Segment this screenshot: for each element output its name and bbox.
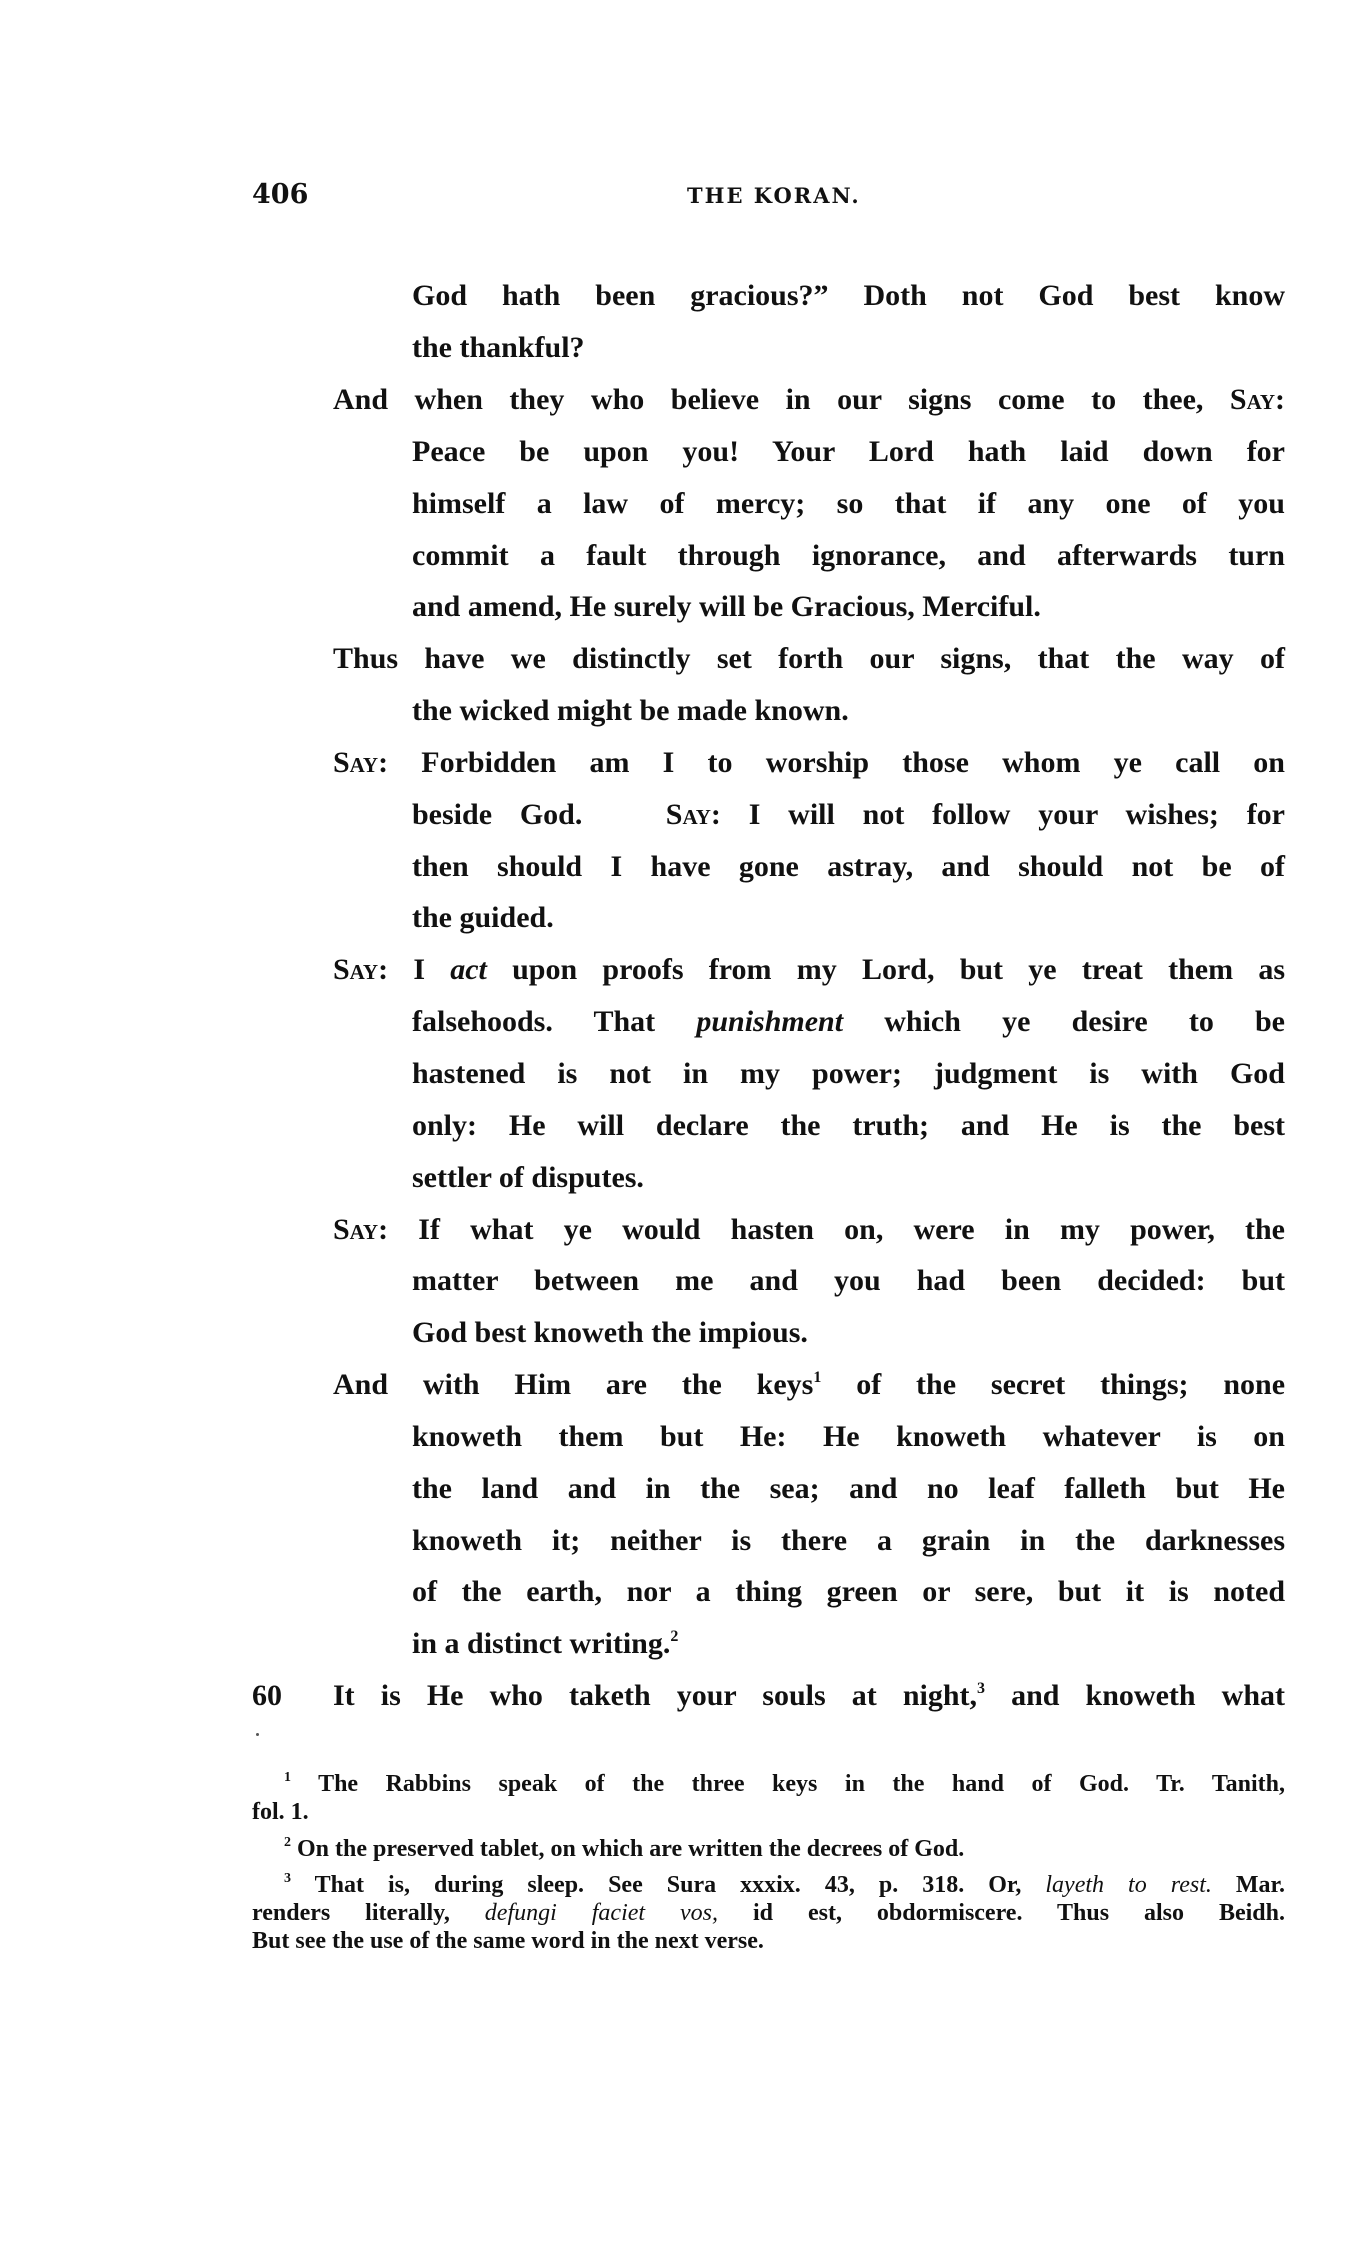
- text-span: of the secret things; none: [856, 1368, 1285, 1401]
- say-label: Say: [333, 746, 378, 779]
- footnote-1: 1 The Rabbins speak of the three keys in…: [284, 1770, 1285, 1798]
- footnote-italic: layeth to rest.: [1045, 1872, 1211, 1898]
- footnote-3: 3 That is, during sleep. See Sura xxxix.…: [284, 1871, 1285, 1899]
- text-span: the land and in the sea; and no leaf fal…: [412, 1472, 1285, 1505]
- footnote-3-cont: renders literally, defungi faciet vos, i…: [252, 1899, 1285, 1927]
- text-span: only: He will declare the truth; and He …: [412, 1109, 1285, 1142]
- footnote-marker: 1: [284, 1770, 291, 1785]
- text-line: matter between me and you had been decid…: [412, 1261, 1285, 1301]
- text-span: of the earth, nor a thing green or sere,…: [412, 1575, 1285, 1608]
- footnote-1-cont: fol. 1.: [252, 1798, 1285, 1826]
- footnote-ref[interactable]: 1: [813, 1369, 821, 1386]
- running-title: THE KORAN.: [687, 183, 861, 209]
- say-label: Say: [333, 953, 378, 986]
- text-span: God hath been gracious?” Doth not God be…: [412, 279, 1285, 312]
- text-span: in a distinct writing.: [412, 1627, 670, 1660]
- footnote-text: id est, obdormiscere. Thus also Beidh.: [753, 1900, 1285, 1926]
- text-line: and amend, He surely will be Gracious, M…: [412, 587, 1285, 627]
- text-span: If what ye would hasten on, were in my p…: [418, 1213, 1285, 1246]
- footnote-text: The Rabbins speak of the three keys in t…: [318, 1771, 1285, 1797]
- say-label: Say: [333, 1213, 378, 1246]
- say-label: Say: [1230, 383, 1275, 416]
- text-span: I will not follow your wishes; for: [749, 798, 1285, 831]
- text-span: And when they who believe in our signs c…: [333, 383, 1203, 416]
- text-span: commit a fault through ignorance, and af…: [412, 539, 1285, 572]
- text-line: Thus have we distinctly set forth our si…: [333, 639, 1285, 679]
- book-page: 406 THE KORAN. God hath been gracious?” …: [0, 0, 1358, 2241]
- footnote-text: renders literally,: [252, 1900, 450, 1926]
- text-span: beside God.: [412, 798, 582, 831]
- text-line: falsehoods. That punishment which ye des…: [412, 1002, 1285, 1042]
- text-line: God hath been gracious?” Doth not God be…: [412, 276, 1285, 316]
- text-line: only: He will declare the truth; and He …: [412, 1106, 1285, 1146]
- text-line: the thankful?: [412, 328, 1285, 368]
- text-line: the land and in the sea; and no leaf fal…: [412, 1469, 1285, 1509]
- text-line: It is He who taketh your souls at night,…: [333, 1676, 1285, 1716]
- text-span: hastened is not in my power; judgment is…: [412, 1057, 1285, 1090]
- text-span: falsehoods. That: [412, 1005, 655, 1038]
- text-span: the thankful?: [412, 331, 585, 364]
- text-span: and knoweth what: [1011, 1679, 1285, 1712]
- text-line: the guided.: [412, 898, 1285, 938]
- text-span: upon proofs from my Lord, but ye treat t…: [512, 953, 1285, 986]
- text-line: God best knoweth the impious.: [412, 1313, 1285, 1353]
- footnote-marker: 3: [284, 1871, 291, 1886]
- say-colon: :: [711, 798, 749, 831]
- say-colon: :: [378, 746, 421, 779]
- text-span: himself a law of mercy; so that if any o…: [412, 487, 1285, 520]
- verse-number: 60: [252, 1676, 282, 1716]
- text-line: Peace be upon you! Your Lord hath laid d…: [412, 432, 1285, 472]
- text-line: Say: Forbidden am I to worship those who…: [333, 743, 1285, 783]
- print-speck: [256, 1733, 259, 1736]
- italic-word: act: [450, 953, 487, 986]
- footnote-text: Mar.: [1236, 1872, 1285, 1898]
- text-line: commit a fault through ignorance, and af…: [412, 536, 1285, 576]
- text-line: in a distinct writing.2: [412, 1624, 1285, 1664]
- text-span: And with Him are the keys: [333, 1368, 813, 1401]
- footnote-marker: 2: [284, 1835, 291, 1850]
- footnote-text: That is, during sleep. See Sura xxxix. 4…: [315, 1872, 1022, 1898]
- text-span: the wicked might be made known.: [412, 694, 849, 727]
- text-line: then should I have gone astray, and shou…: [412, 847, 1285, 887]
- text-span: the guided.: [412, 901, 554, 934]
- footnote-text: But see the use of the same word in the …: [252, 1928, 764, 1954]
- text-line: And with Him are the keys1 of the secret…: [333, 1365, 1285, 1405]
- say-label: Say: [666, 798, 711, 831]
- text-span: It is He who taketh your souls at night,: [333, 1679, 977, 1712]
- text-span: settler of disputes.: [412, 1161, 644, 1194]
- text-line: Say: I act upon proofs from my Lord, but…: [333, 950, 1285, 990]
- text-span: I: [413, 953, 425, 986]
- footnote-ref[interactable]: 3: [977, 1680, 985, 1697]
- say-colon: :: [1275, 383, 1285, 416]
- text-line: knoweth it; neither is there a grain in …: [412, 1521, 1285, 1561]
- footnote-2: 2 On the preserved tablet, on which are …: [284, 1835, 1285, 1863]
- footnote-italic: defungi faciet vos,: [485, 1900, 718, 1926]
- italic-word: punishment: [696, 1005, 843, 1038]
- footnote-ref[interactable]: 2: [670, 1628, 678, 1645]
- text-line: himself a law of mercy; so that if any o…: [412, 484, 1285, 524]
- footnote-3-cont: But see the use of the same word in the …: [252, 1927, 1285, 1955]
- text-line: settler of disputes.: [412, 1158, 1285, 1198]
- text-span: matter between me and you had been decid…: [412, 1264, 1285, 1297]
- say-colon: :: [378, 953, 413, 986]
- text-line: knoweth them but He: He knoweth whatever…: [412, 1417, 1285, 1457]
- text-span: and amend, He surely will be Gracious, M…: [412, 590, 1041, 623]
- footnote-text: On the preserved tablet, on which are wr…: [297, 1836, 964, 1862]
- text-span: Peace be upon you! Your Lord hath laid d…: [412, 435, 1285, 468]
- text-span: knoweth it; neither is there a grain in …: [412, 1524, 1285, 1557]
- text-span: which ye desire to be: [884, 1005, 1285, 1038]
- footnote-text: fol. 1.: [252, 1799, 309, 1825]
- text-line: hastened is not in my power; judgment is…: [412, 1054, 1285, 1094]
- text-line: And when they who believe in our signs c…: [333, 380, 1285, 420]
- text-line: of the earth, nor a thing green or sere,…: [412, 1572, 1285, 1612]
- text-span: Forbidden am I to worship those whom ye …: [421, 746, 1285, 779]
- page-number: 406: [252, 180, 308, 210]
- text-span: God best knoweth the impious.: [412, 1316, 808, 1349]
- text-span: Thus have we distinctly set forth our si…: [333, 642, 1285, 675]
- text-span: knoweth them but He: He knoweth whatever…: [412, 1420, 1285, 1453]
- say-colon: :: [378, 1213, 418, 1246]
- text-line: Say: If what ye would hasten on, were in…: [333, 1210, 1285, 1250]
- text-line: beside God. Say: I will not follow your …: [412, 795, 1285, 835]
- text-line: the wicked might be made known.: [412, 691, 1285, 731]
- text-span: then should I have gone astray, and shou…: [412, 850, 1285, 883]
